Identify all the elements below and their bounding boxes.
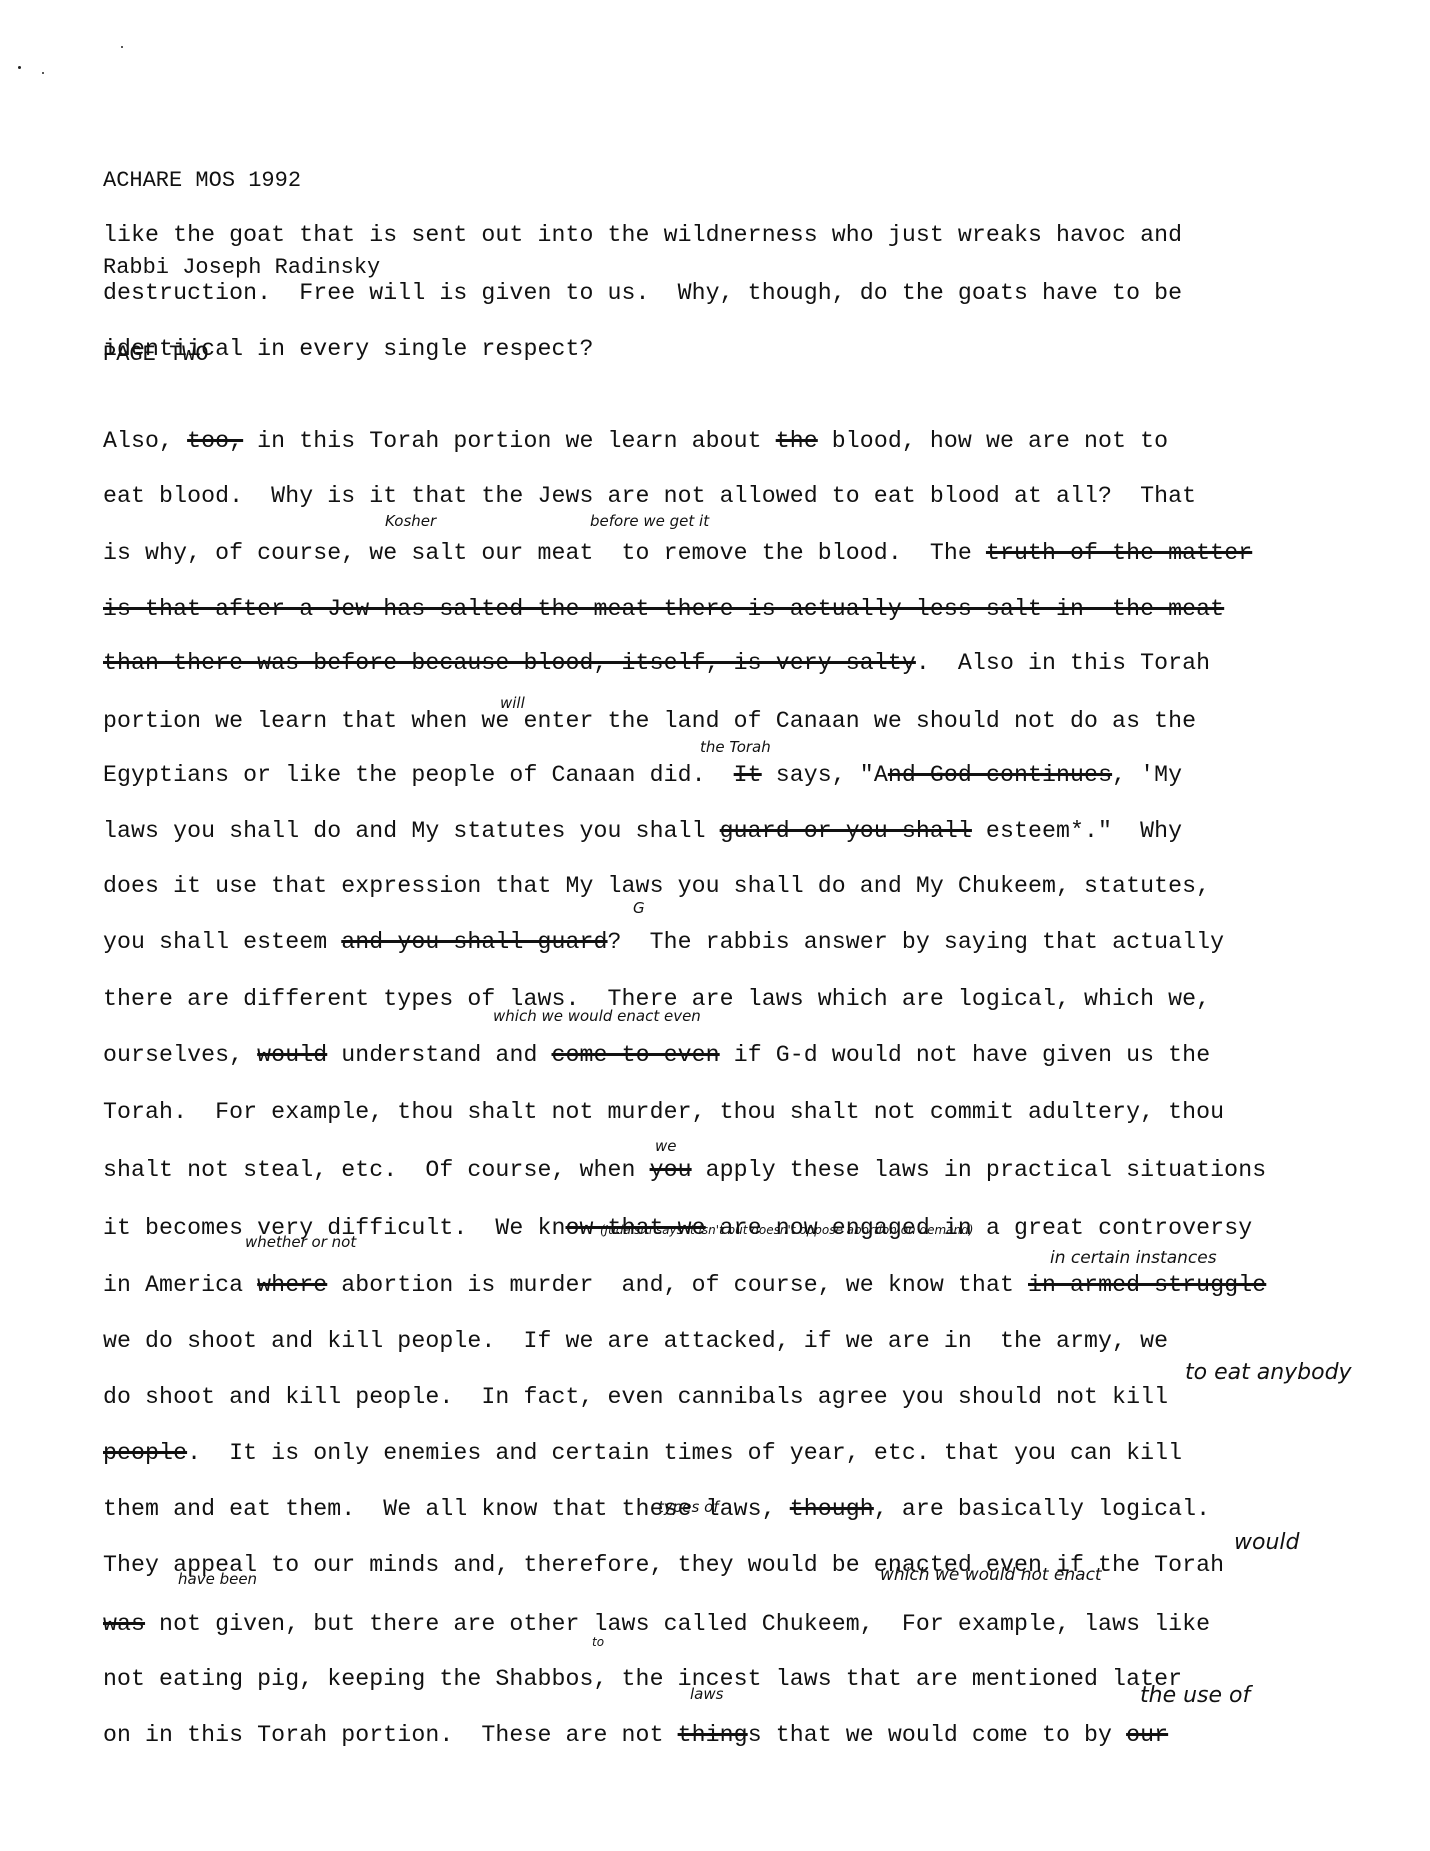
text-line: on in this Torah portion. These are not … [103, 1722, 1168, 1748]
struck-text: too, [187, 428, 243, 454]
struck-text: It [734, 762, 762, 788]
text-line: portion we learn that when we enter the … [103, 708, 1196, 734]
text-line: was not given, but there are other laws … [103, 1611, 1210, 1637]
struck-text: would [257, 1042, 327, 1068]
text-line: we do shoot and kill people. If we are a… [103, 1328, 1168, 1354]
annotation-before-we-get-it: before we get it [590, 512, 709, 530]
header-author: Rabbi Joseph Radinsky [103, 253, 380, 282]
annotation-whether-or-not: whether or not [245, 1233, 356, 1251]
text-segment: we do shoot and kill people. If we are a… [103, 1328, 1168, 1354]
text-segment: laws you shall do and My statutes you sh… [103, 818, 720, 844]
text-line: destruction. Free will is given to us. W… [103, 280, 1182, 306]
text-line: eat blood. Why is it that the Jews are n… [103, 483, 1196, 509]
text-segment: Torah. For example, thou shalt not murde… [103, 1099, 1224, 1125]
text-line: not eating pig, keeping the Shabbos, the… [103, 1666, 1182, 1692]
text-segment: says, "A [762, 762, 888, 788]
annotation-the-use-of: the use of [1140, 1683, 1250, 1708]
text-line: ourselves, would understand and come to … [103, 1042, 1210, 1068]
text-segment: , are basically logical. [874, 1496, 1210, 1522]
struck-text: is that after a Jew has salted the meat … [103, 596, 1224, 622]
struck-text: though [790, 1496, 874, 1522]
struck-text: and you shall guard [341, 929, 607, 955]
text-segment: Also, [103, 428, 187, 454]
text-line: people. It is only enemies and certain t… [103, 1440, 1182, 1466]
annotation-have-been: have been [178, 1570, 257, 1588]
annotation-g: G [633, 899, 645, 917]
text-segment: . Also in this Torah [916, 650, 1210, 676]
text-segment: not given, but there are other laws call… [145, 1611, 1210, 1637]
annotation-laws: laws [690, 1685, 723, 1703]
text-line: in America where abortion is murder and,… [103, 1272, 1266, 1298]
text-segment: eat blood. Why is it that the Jews are n… [103, 483, 1196, 509]
struck-text: you [650, 1157, 692, 1183]
struck-text: the [776, 428, 818, 454]
struck-text: guard or you shall [720, 818, 972, 844]
struck-text: nd God continues [888, 762, 1112, 788]
annotation-types-of: types of [658, 1498, 719, 1516]
text-segment: apply these laws in practical situations [692, 1157, 1267, 1183]
text-line: identiical in every single respect? [103, 336, 594, 362]
text-line: like the goat that is sent out into the … [103, 222, 1182, 248]
struck-text: was [103, 1611, 145, 1637]
scan-speck [121, 46, 123, 48]
text-line: do shoot and kill people. In fact, even … [103, 1384, 1168, 1410]
text-segment: do shoot and kill people. In fact, even … [103, 1384, 1168, 1410]
struck-text: come to even [552, 1042, 720, 1068]
text-line: laws you shall do and My statutes you sh… [103, 818, 1182, 844]
annotation-will: will [500, 694, 525, 712]
text-line: shalt not steal, etc. Of course, when yo… [103, 1157, 1266, 1183]
text-segment: abortion is murder and, of course, we kn… [327, 1272, 1028, 1298]
text-segment: destruction. Free will is given to us. W… [103, 280, 1182, 306]
text-line: is why, of course, we salt our meat to r… [103, 540, 1252, 566]
struck-text: in armed struggle [1028, 1272, 1266, 1298]
text-line: than there was before because blood, its… [103, 650, 1210, 676]
annotation-which-we-would-not-enact: which we would not enact [880, 1565, 1102, 1585]
annotation-to-eat-anybody: to eat anybody [1185, 1360, 1352, 1385]
scan-speck [18, 66, 21, 69]
document-header: ACHARE MOS 1992 Rabbi Joseph Radinsky PA… [103, 108, 380, 427]
annotation-in-certain-instances: in certain instances [1050, 1248, 1217, 1268]
text-line: you shall esteem and you shall guard? Th… [103, 929, 1224, 955]
annotation-kosher: Kosher [385, 512, 436, 530]
text-segment: understand and [327, 1042, 551, 1068]
struck-text: thing [678, 1722, 748, 1748]
text-segment: identiical in every single respect? [103, 336, 594, 362]
text-segment: , 'My [1112, 762, 1182, 788]
text-segment: on in this Torah portion. These are not [103, 1722, 678, 1748]
text-segment: s that we would come to by [748, 1722, 1126, 1748]
text-segment: in this Torah portion we learn about [243, 428, 776, 454]
annotation-to: to [592, 1635, 604, 1649]
text-line: them and eat them. We all know that thes… [103, 1496, 1210, 1522]
text-line: does it use that expression that My laws… [103, 873, 1210, 899]
annotation-the-torah: the Torah [700, 738, 771, 756]
text-segment: not eating pig, keeping the Shabbos, the… [103, 1666, 1182, 1692]
struck-text: than there was before because blood, its… [103, 650, 916, 676]
text-segment: Egyptians or like the people of Canaan d… [103, 762, 734, 788]
text-segment: in America [103, 1272, 257, 1298]
text-segment: esteem*." Why [972, 818, 1182, 844]
header-title: ACHARE MOS 1992 [103, 166, 380, 195]
text-segment: is why, of course, we salt our meat to r… [103, 540, 986, 566]
text-segment: does it use that expression that My laws… [103, 873, 1210, 899]
text-segment: ? The rabbis answer by saying that actua… [608, 929, 1225, 955]
annotation-judaism-note: (Judaism says it isn't but doesn't oppos… [600, 1223, 973, 1237]
text-segment: if G-d would not have given us the [720, 1042, 1211, 1068]
document-page: ACHARE MOS 1992 Rabbi Joseph Radinsky PA… [0, 0, 1430, 1851]
text-segment: blood, how we are not to [818, 428, 1168, 454]
text-line: Torah. For example, thou shalt not murde… [103, 1099, 1224, 1125]
scan-speck [42, 72, 44, 74]
struck-text: where [257, 1272, 327, 1298]
struck-text: our [1126, 1722, 1168, 1748]
text-segment: ourselves, [103, 1042, 257, 1068]
struck-text: truth of the matter [986, 540, 1252, 566]
text-line: Egyptians or like the people of Canaan d… [103, 762, 1182, 788]
text-line: is that after a Jew has salted the meat … [103, 596, 1224, 622]
text-segment: like the goat that is sent out into the … [103, 222, 1182, 248]
text-segment: shalt not steal, etc. Of course, when [103, 1157, 650, 1183]
text-segment: you shall esteem [103, 929, 341, 955]
annotation-would: would [1234, 1530, 1299, 1555]
struck-text: people [103, 1440, 187, 1466]
annotation-which-we-would-enact-even: which we would enact even [493, 1007, 701, 1025]
text-segment: portion we learn that when we enter the … [103, 708, 1196, 734]
text-line: Also, too, in this Torah portion we lear… [103, 428, 1168, 454]
text-segment: . It is only enemies and certain times o… [187, 1440, 1182, 1466]
annotation-we: we [655, 1137, 677, 1155]
